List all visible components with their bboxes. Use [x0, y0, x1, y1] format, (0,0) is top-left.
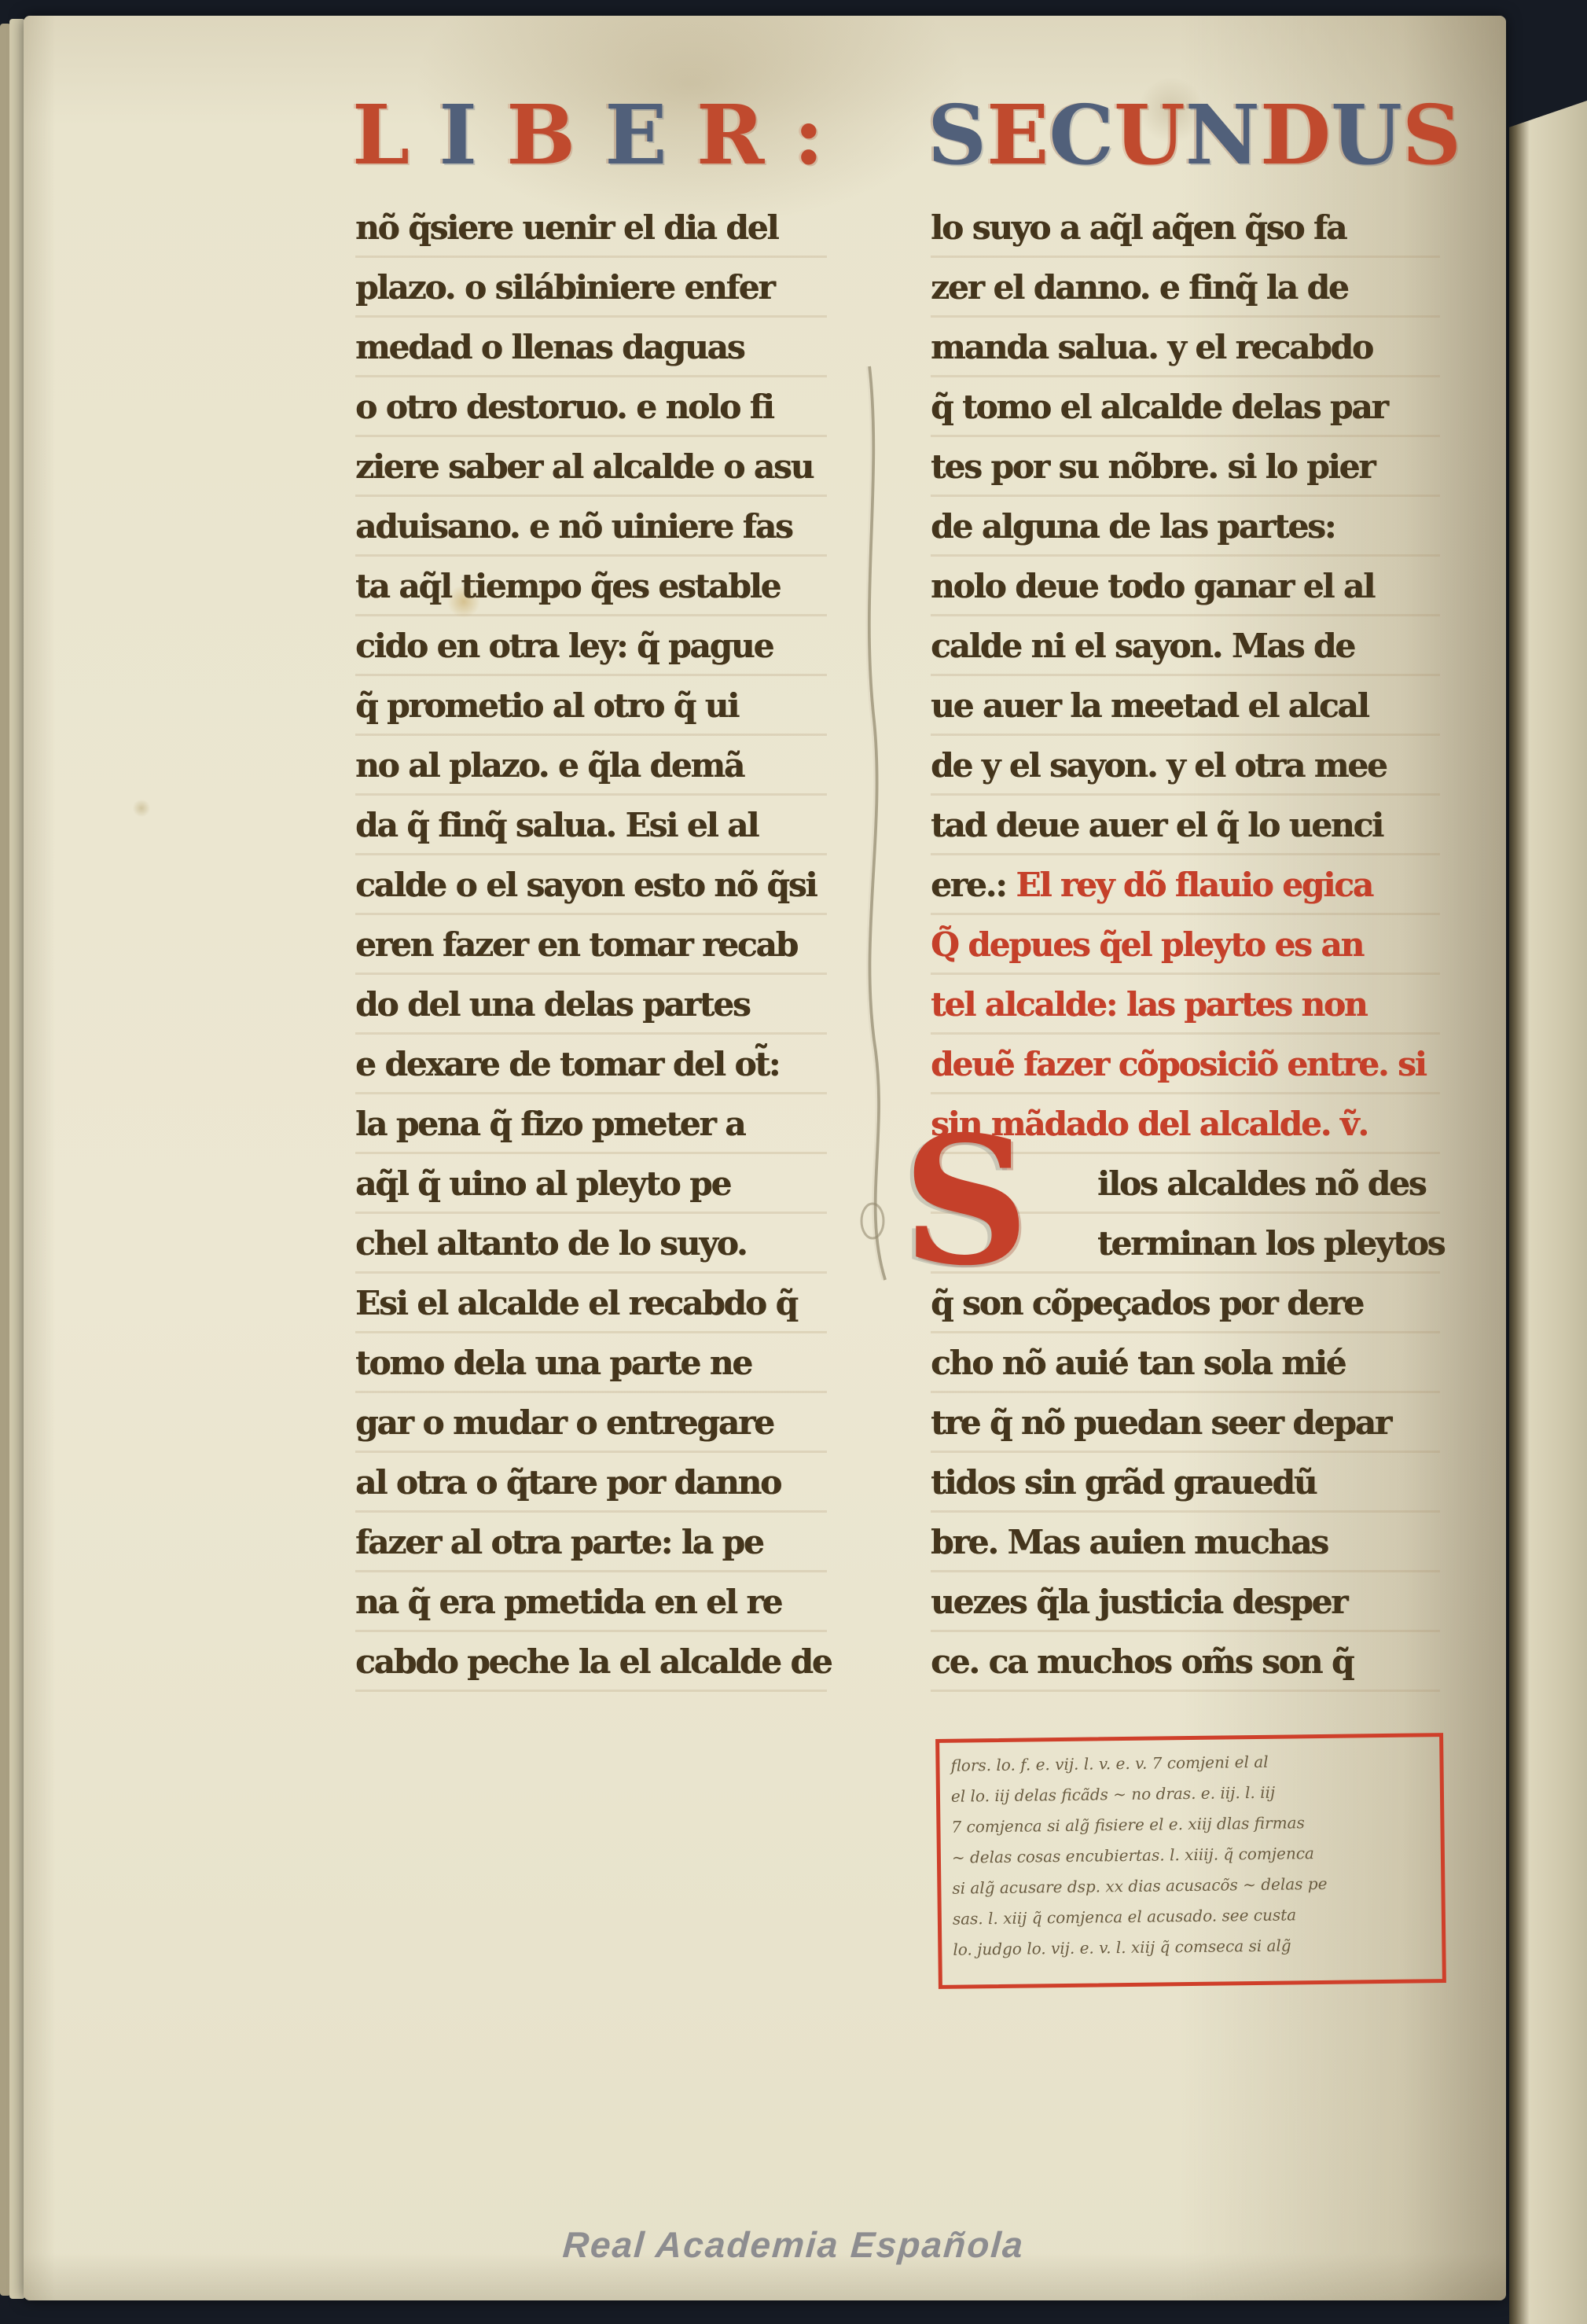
header-letter: E	[604, 94, 667, 176]
text-line: Esi el alcalde el recabdo q̃	[355, 1274, 827, 1333]
text-segment: plazo. o silábiniere enfer	[355, 268, 774, 307]
header-letter: L	[352, 94, 410, 176]
text-line: Q̃ depues q̃el pleyto es an	[931, 915, 1440, 975]
text-segment: do del una delas partes	[355, 985, 750, 1024]
text-line: o otro destoruo. e nolo fi	[355, 377, 827, 437]
text-segment: q̃ prometio al otro q̃ ui	[355, 686, 738, 725]
header-letter: B	[506, 94, 575, 176]
text-segment: terminan los pleytos	[1097, 1224, 1444, 1263]
text-segment: nõ q̃siere uenir el dia del	[355, 208, 777, 247]
text-line: calde ni el sayon. Mas de	[931, 616, 1440, 676]
text-segment: calde o el sayon esto nõ q̃si	[355, 866, 816, 904]
text-line: na q̃ era pmetida en el re	[355, 1572, 827, 1632]
text-segment: ue auer la meetad el alcal	[931, 686, 1368, 725]
text-segment: ta aq̃l tiempo q̃es estable	[355, 567, 780, 605]
header-letter: S	[928, 94, 986, 176]
text-line: plazo. o silábiniere enfer	[355, 258, 827, 318]
text-segment: zer el danno. e finq̃ la de	[931, 268, 1348, 307]
text-segment: tel alcalde: las partes non	[931, 985, 1366, 1024]
text-line: aq̃l q̃ uino al pleyto pe	[355, 1154, 827, 1214]
header-liber: LIBER:	[352, 94, 824, 176]
text-line: nõ q̃siere uenir el dia del	[355, 198, 827, 258]
text-line: zer el danno. e finq̃ la de	[931, 258, 1440, 318]
text-segment: tre q̃ nõ puedan seer depar	[931, 1403, 1390, 1442]
text-line: tomo dela una parte ne	[355, 1333, 827, 1393]
header-secundus: SECUNDUS	[928, 94, 1393, 176]
header-letter: R	[696, 94, 764, 176]
text-line: no al plazo. e q̃la demã	[355, 736, 827, 796]
text-segment: ce. ca muchos om̃s son q̃	[931, 1642, 1353, 1681]
manuscript-photo: LIBER: SECUNDUS nõ q̃siere uenir el dia …	[0, 0, 1587, 2324]
text-segment: cido en otra ley: q̃ pague	[355, 627, 773, 665]
text-segment: e dexare de tomar del ot̃:	[355, 1045, 779, 1083]
text-line: cho nõ auié tan sola mié	[931, 1333, 1440, 1393]
right-text-column: lo suyo a aq̃l aq̃en q̃so fazer el danno…	[931, 198, 1440, 1704]
text-segment: al otra o q̃tare por danno	[355, 1463, 781, 1502]
text-line: tre q̃ nõ puedan seer depar	[931, 1393, 1440, 1453]
text-segment: no al plazo. e q̃la demã	[355, 746, 744, 785]
text-segment: El rey dõ flauio egica	[1016, 866, 1372, 904]
text-segment: la pena q̃ fizo pmeter a	[355, 1105, 744, 1143]
text-segment: tad deue auer el q̃ lo uenci	[931, 806, 1383, 844]
text-line: de y el sayon. y el otra mee	[931, 736, 1440, 796]
watermark: Real Academia Española	[0, 2223, 1587, 2266]
text-line: ta aq̃l tiempo q̃es estable	[355, 557, 827, 616]
text-segment: ilos alcaldes nõ des	[1097, 1164, 1425, 1203]
text-segment: aq̃l q̃ uino al pleyto pe	[355, 1164, 730, 1203]
text-segment: deuẽ fazer cõposiciõ entre. si	[931, 1045, 1426, 1083]
text-line: cido en otra ley: q̃ pague	[355, 616, 827, 676]
text-line: q̃ prometio al otro q̃ ui	[355, 676, 827, 736]
text-segment: da q̃ finq̃ salua. Esi el al	[355, 806, 758, 844]
text-segment: manda salua. y el recabdo	[931, 328, 1372, 366]
text-line: da q̃ finq̃ salua. Esi el al	[355, 796, 827, 855]
text-line: calde o el sayon esto nõ q̃si	[355, 855, 827, 915]
text-line: ere.: El rey dõ flauio egica	[931, 855, 1440, 915]
text-segment: tes por su nõbre. si lo pier	[931, 447, 1374, 486]
text-line: tes por su nõbre. si lo pier	[931, 437, 1440, 497]
text-segment: medad o llenas daguas	[355, 328, 744, 366]
marginal-note-box: flors. lo. f. e. vij. l. v. e. v. 7 comj…	[935, 1733, 1446, 1989]
text-segment: de y el sayon. y el otra mee	[931, 746, 1387, 785]
text-line: aduisano. e nõ uiniere fas	[355, 497, 827, 557]
text-line: tad deue auer el q̃ lo uenci	[931, 796, 1440, 855]
text-segment: uezes q̃la justicia desper	[931, 1583, 1346, 1621]
text-segment: Esi el alcalde el recabdo q̃	[355, 1284, 797, 1322]
text-line: manda salua. y el recabdo	[931, 318, 1440, 377]
page-edge-left-inner	[9, 19, 25, 2299]
text-line: la pena q̃ fizo pmeter a	[355, 1094, 827, 1154]
text-segment: de alguna de las partes:	[931, 507, 1335, 546]
text-segment: ziere saber al alcalde o asu	[355, 447, 813, 486]
note-line: lo. judgo lo. vij. e. v. l. xiij q̃ coms…	[953, 1929, 1435, 1965]
text-segment: tidos sin grãd grauedũ	[931, 1463, 1316, 1502]
text-segment: calde ni el sayon. Mas de	[931, 627, 1354, 665]
text-segment: o otro destoruo. e nolo fi	[355, 388, 773, 426]
next-page-edge	[1509, 101, 1587, 2324]
text-line: lo suyo a aq̃l aq̃en q̃so fa	[931, 198, 1440, 258]
header-letter: U	[1331, 94, 1402, 176]
text-line: ue auer la meetad el alcal	[931, 676, 1440, 736]
text-segment: ere.:	[931, 866, 1016, 904]
text-segment: cho nõ auié tan sola mié	[931, 1344, 1345, 1382]
text-segment: fazer al otra parte: la pe	[355, 1523, 763, 1561]
text-line: tidos sin grãd grauedũ	[931, 1453, 1440, 1513]
bookmark-cord	[843, 360, 937, 1304]
text-line: do del una delas partes	[355, 975, 827, 1035]
text-segment: tomo dela una parte ne	[355, 1344, 751, 1382]
text-segment: eren fazer en tomar recab	[355, 925, 797, 964]
text-segment: chel altanto de lo suyo.	[355, 1224, 747, 1263]
text-line: bre. Mas auien muchas	[931, 1513, 1440, 1572]
text-line: nolo deue todo ganar el al	[931, 557, 1440, 616]
text-line: eren fazer en tomar recab	[355, 915, 827, 975]
text-line: e dexare de tomar del ot̃:	[355, 1035, 827, 1094]
text-segment: na q̃ era pmetida en el re	[355, 1583, 781, 1621]
header-letter: S	[1402, 94, 1461, 176]
text-line: gar o mudar o entregare	[355, 1393, 827, 1453]
header-letter: E	[986, 94, 1049, 176]
header-letter: C	[1049, 94, 1114, 176]
text-line: ziere saber al alcalde o asu	[355, 437, 827, 497]
header-letter: I	[439, 94, 477, 176]
text-line: chel altanto de lo suyo.	[355, 1214, 827, 1274]
text-line: uezes q̃la justicia desper	[931, 1572, 1440, 1632]
text-segment: Q̃ depues q̃el pleyto es an	[931, 925, 1363, 964]
text-line: al otra o q̃tare por danno	[355, 1453, 827, 1513]
text-line: fazer al otra parte: la pe	[355, 1513, 827, 1572]
text-line: ce. ca muchos om̃s son q̃	[931, 1632, 1440, 1692]
text-line: de alguna de las partes:	[931, 497, 1440, 557]
header-letter: N	[1185, 94, 1260, 176]
header-letter: U	[1114, 94, 1185, 176]
text-line: medad o llenas daguas	[355, 318, 827, 377]
left-text-column: nõ q̃siere uenir el dia delplazo. o silá…	[355, 198, 827, 1704]
text-segment: cabdo peche la el alcalde de	[355, 1642, 832, 1681]
text-segment: nolo deue todo ganar el al	[931, 567, 1374, 605]
text-segment: q̃ tomo el alcalde delas par	[931, 388, 1387, 426]
text-line: deuẽ fazer cõposiciõ entre. si	[931, 1035, 1440, 1094]
text-line: tel alcalde: las partes non	[931, 975, 1440, 1035]
text-segment: gar o mudar o entregare	[355, 1403, 773, 1442]
text-line: q̃ tomo el alcalde delas par	[931, 377, 1440, 437]
header-letter: D	[1260, 94, 1331, 176]
text-line: cabdo peche la el alcalde de	[355, 1632, 827, 1692]
text-segment: lo suyo a aq̃l aq̃en q̃so fa	[931, 208, 1346, 247]
text-segment: aduisano. e nõ uiniere fas	[355, 507, 792, 546]
header-letter: :	[794, 94, 824, 176]
text-segment: bre. Mas auien muchas	[931, 1523, 1328, 1561]
